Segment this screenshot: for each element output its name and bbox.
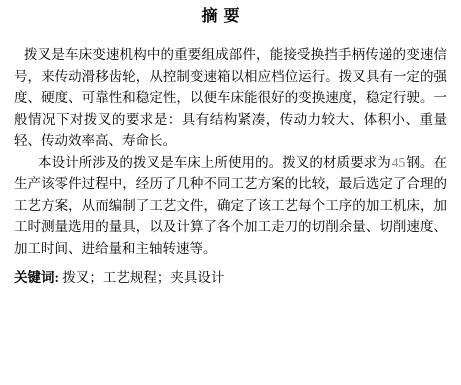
abstract-paragraph-1: 拨叉是车床变速机构中的重要组成部件，能接受换挡手柄传递的变速信号，来传动滑移齿轮… xyxy=(14,44,447,152)
keywords-value: 拨叉；工艺规程；夹具设计 xyxy=(59,270,224,285)
keywords-label: 关键词: xyxy=(14,270,59,285)
abstract-paragraph-2: 本设计所涉及的拨叉是车床上所使用的。拨叉的材质要求为45钢。在生产该零件过程中，… xyxy=(14,152,447,260)
paragraph-2-text-before: 本设计所涉及的拨叉是车床上所使用的。拨叉的材质要求为 xyxy=(38,155,391,170)
abstract-page: 摘 要 拨叉是车床变速机构中的重要组成部件，能接受换挡手柄传递的变速信号，来传动… xyxy=(0,0,461,385)
steel-grade-number: 45 xyxy=(391,155,407,170)
keywords-value-text: 拨叉；工艺规程；夹具设计 xyxy=(62,270,224,285)
keywords-line: 关键词: 拨叉；工艺规程；夹具设计 xyxy=(14,267,447,289)
page-title: 摘 要 xyxy=(14,6,428,28)
abstract-body: 拨叉是车床变速机构中的重要组成部件，能接受换挡手柄传递的变速信号，来传动滑移齿轮… xyxy=(14,44,447,259)
